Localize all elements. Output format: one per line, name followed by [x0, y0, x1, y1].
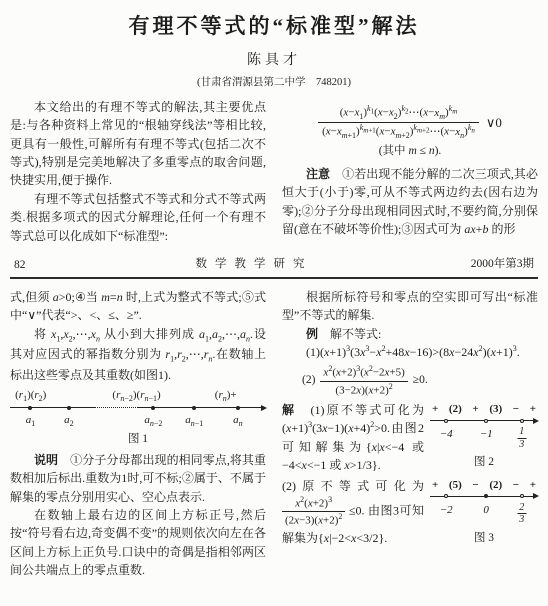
- scanned-paper-page: 有理不等式的“标准型”解法 陈具才 (甘肃省渭源县第二中学 748201) 本文…: [0, 0, 548, 606]
- solution-2-numerator: x2(x+2)3: [282, 495, 345, 511]
- zero-point-dot: [28, 406, 32, 410]
- article-affiliation: (甘肃省渭源县第二中学 748201): [10, 74, 538, 89]
- remark-paragraph: 说明 ①分子分母都出现的相同零点,将其重数相加后标出.重数为1时,可不标;②属于…: [10, 451, 266, 506]
- figure-1: (r1)(r2) (rn−2)(rn−1) (rn)+ a1: [10, 387, 266, 449]
- intro-paragraph-2: 有理不等式包括整式不等式和分式不等式两类.根据多项式的因式分解理论,任何一个有理…: [10, 190, 266, 245]
- fraction-denominator: 3: [517, 514, 526, 526]
- axis-arrow-icon: [533, 493, 539, 499]
- solution-2-text: (2)原不等式可化为 x2(x+2)3 (2x−3)(x+2)2 ≤0. 由图3…: [282, 477, 424, 548]
- figure-1-a-label: a1: [26, 412, 36, 430]
- figure-3-caption: 图 3: [430, 530, 538, 548]
- standard-form-denominator: (x−xm+1)km+1(x−xm+2)km+2⋯(x−xn)kn: [318, 122, 479, 141]
- figure-3: + (5) − (2) − + −2: [430, 477, 538, 548]
- figure-2-point-fraction: 1 3: [517, 426, 526, 452]
- figure-2-point-labels: −4 −1 1 3: [430, 425, 538, 451]
- figure-3-number-line: [430, 492, 538, 501]
- figure-3-point-label: −2: [440, 502, 453, 519]
- standard-form-condition: (其中 m ≤ n).: [282, 143, 538, 161]
- sign-token: +: [472, 401, 478, 416]
- standard-form-formula: (x−x1)k1(x−x2)k2⋯(x−xm)km (x−xm+1)km+1(x…: [282, 104, 538, 141]
- zero-point-dot: [67, 406, 71, 410]
- example-2-relation: ≥0.: [413, 372, 428, 390]
- example-1: (1)(x+1)3(3x3−x2+48x−16)>(8x−24x2)(x+1)3…: [282, 343, 538, 361]
- example-2-numerator: x2(x+2)3(x2−2x+5): [320, 364, 407, 380]
- figure-1-number-line: [10, 403, 266, 412]
- journal-issue: 2000年第3期: [424, 255, 534, 271]
- example-2-fraction: x2(x+2)3(x2−2x+5) (3−2x)(x+2)2: [320, 364, 407, 398]
- axis-arrow-icon: [261, 405, 267, 411]
- figure-1-a-label: a2: [64, 412, 74, 430]
- lower-right-column: 根据所标符号和零点的空实即可写出“标准型”不等式的解集. 例 解不等式: (1)…: [282, 288, 538, 579]
- article-author: 陈具才: [10, 49, 538, 69]
- figure-2-point-label: −1: [480, 426, 493, 443]
- figure-3-point-fraction: 2 3: [517, 502, 526, 528]
- journal-header-band: 82 数学教学研究 2000年第3期: [10, 255, 538, 279]
- sign-token: −: [472, 477, 478, 492]
- sign-token: (3): [489, 401, 502, 416]
- sign-token: +: [432, 477, 438, 492]
- article-title: 有理不等式的“标准型”解法: [10, 10, 538, 40]
- axis-arrow-icon: [533, 418, 539, 424]
- sign-token: +: [530, 477, 536, 492]
- journal-name: 数学教学研究: [84, 255, 424, 271]
- upper-two-columns: 本文给出的有理不等式的解法,其主要优点是:与各种资料上常见的“根轴穿线法”等相比…: [10, 98, 538, 245]
- figure-3-sign-row: + (5) − (2) − +: [430, 477, 538, 492]
- zero-point-hollow-dot: [520, 494, 524, 498]
- fraction-denominator: 3: [517, 439, 526, 451]
- upper-left-column: 本文给出的有理不等式的解法,其主要优点是:与各种资料上常见的“根轴穿线法”等相比…: [10, 98, 266, 245]
- figure-3-point-labels: −2 0 2 3: [430, 501, 538, 527]
- figure-1-caption: 图 1: [10, 431, 266, 449]
- figure-1-a-label: an−2: [144, 412, 162, 430]
- fraction-numerator: 1: [517, 426, 526, 439]
- sign-token: −: [513, 401, 519, 416]
- figure-1-a-label: an−1: [185, 412, 203, 430]
- example-2-label: (2): [302, 372, 315, 390]
- solution-1-text: 解 (1)原不等式可化为(x+1)3(3x−1)(x+4)2>0.由图2可知解集…: [282, 401, 424, 474]
- solution-1-row: 解 (1)原不等式可化为(x+1)3(3x−1)(x+4)2>0.由图2可知解集…: [282, 401, 538, 474]
- figure-2-number-line: [430, 416, 538, 425]
- lower-left-column: 式,但须 a>0;④当 m=n 时,上式为整式不等式;⑤式中“∨”代表“>、<、…: [10, 288, 266, 579]
- zero-point-hollow-dot: [444, 419, 448, 423]
- zero-point-dot: [151, 406, 155, 410]
- figure-2: + (2) + (3) − + −4: [430, 401, 538, 474]
- note-paragraph: 注意 ①若出现不能分解的二次三项式,其必恒大于(小于)零,可从不等式两边约去(因…: [282, 165, 538, 238]
- example-2: (2) x2(x+2)3(x2−2x+5) (3−2x)(x+2)2 ≥0.: [282, 364, 538, 398]
- sign-token: (5): [449, 477, 462, 492]
- zero-point-solid-dot: [484, 494, 488, 498]
- zero-point-hollow-dot: [444, 494, 448, 498]
- intro-paragraph-1: 本文给出的有理不等式的解法,其主要优点是:与各种资料上常见的“根轴穿线法”等相比…: [10, 98, 266, 190]
- lower-two-columns: 式,但须 a>0;④当 m=n 时,上式为整式不等式;⑤式中“∨”代表“>、<、…: [10, 288, 538, 579]
- zero-point-dot: [236, 406, 240, 410]
- solution-2-fraction: x2(x+2)3 (2x−3)(x+2)2: [282, 495, 345, 529]
- zero-point-hollow-dot: [484, 419, 488, 423]
- sign-token: (2): [449, 401, 462, 416]
- solution-2-row: (2)原不等式可化为 x2(x+2)3 (2x−3)(x+2)2 ≤0. 由图3…: [282, 477, 538, 548]
- axis-segment: [10, 407, 94, 408]
- figure-2-caption: 图 2: [430, 454, 538, 472]
- axis-segment: [138, 407, 263, 408]
- example-heading: 例 解不等式:: [282, 325, 538, 343]
- solution-2-relation: ≤0.: [349, 504, 365, 518]
- standard-form-numerator: (x−x1)k1(x−x2)k2⋯(x−xm)km: [318, 104, 479, 122]
- standard-form-relation: ∨0: [486, 113, 502, 133]
- lead-paragraph: 根据所标符号和零点的空实即可写出“标准型”不等式的解集.: [282, 288, 538, 325]
- fraction-numerator: 2: [517, 502, 526, 515]
- figure-1-a-label: an: [233, 412, 243, 430]
- standard-form-fraction: (x−x1)k1(x−x2)k2⋯(x−xm)km (x−xm+1)km+1(x…: [318, 104, 479, 141]
- figure-2-sign-row: + (2) + (3) − +: [430, 401, 538, 416]
- sign-rule-paragraph: 在数轴上最右边的区间上方标正号,然后按“符号看右边,奇变偶不变”的规则依次向左在…: [10, 506, 266, 579]
- zero-point-hollow-dot: [520, 419, 524, 423]
- solution-2-intro: (2)原不等式可化为: [282, 479, 424, 493]
- zero-point-dot: [192, 406, 196, 410]
- page-number: 82: [14, 259, 84, 271]
- sign-token: +: [530, 401, 536, 416]
- ordering-paragraph: 将 x1,x2,⋯,xn 从小到大排列成 a1,a2,⋯,an.设其对应因式的幂…: [10, 325, 266, 385]
- axis-dotted-segment: [94, 407, 138, 408]
- figure-1-multiplicity-row: (r1)(r2) (rn−2)(rn−1) (rn)+: [10, 387, 266, 403]
- sign-token: (2): [489, 477, 502, 492]
- figure-3-point-label: 0: [483, 502, 489, 519]
- upper-right-column: (x−x1)k1(x−x2)k2⋯(x−xm)km (x−xm+1)km+1(x…: [282, 98, 538, 245]
- solution-2-denominator: (2x−3)(x+2)2: [282, 511, 345, 528]
- sign-token: +: [432, 401, 438, 416]
- figure-1-point-labels: a1 a2 an−2 an−1 an: [10, 412, 266, 428]
- continuation-paragraph: 式,但须 a>0;④当 m=n 时,上式为整式不等式;⑤式中“∨”代表“>、<、…: [10, 288, 266, 325]
- example-2-denominator: (3−2x)(x+2)2: [320, 381, 407, 398]
- sign-token: −: [513, 477, 519, 492]
- figure-2-point-label: −4: [440, 426, 453, 443]
